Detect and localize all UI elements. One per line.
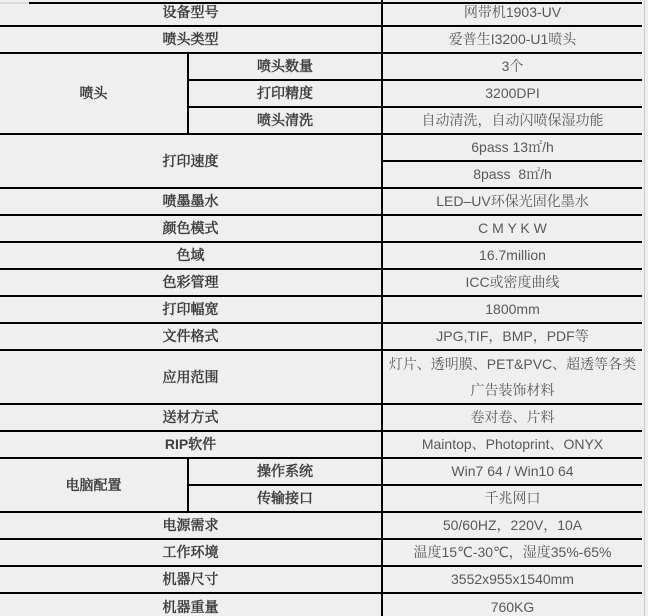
table-row: 文件格式 JPG,TIF，BMP，PDF等 [0,323,642,350]
spec-label: 应用范围 [0,350,382,404]
spec-group-label: 电脑配置 [0,458,188,512]
spec-value: 3552x955x1540mm [382,566,642,593]
spec-value: ICC或密度曲线 [382,269,642,296]
spec-sub-label: 传输接口 [188,485,382,512]
table-row: 喷墨墨水 LED–UV环保光固化墨水 [0,188,642,215]
spec-label: 打印速度 [0,134,382,188]
spec-value: 8pass 8㎡/h [382,161,642,188]
spec-label: 送材方式 [0,404,382,431]
table-row: 电脑配置 操作系统 Win7 64 / Win10 64 [0,458,642,485]
spec-label: 文件格式 [0,323,382,350]
spec-table: 设备型号 网带机1903-UV 喷头类型 爱普生I3200-U1喷头 喷头 喷头… [0,0,642,616]
spec-value: Win7 64 / Win10 64 [382,458,642,485]
table-row: 色域 16.7million [0,242,642,269]
spec-label: 机器尺寸 [0,566,382,593]
table-row: 打印速度 6pass 13㎡/h [0,134,642,161]
spec-group-label: 喷头 [0,53,188,134]
spec-value: 千兆网口 [382,485,642,512]
table-row: 机器重量 760KG [0,593,642,616]
spec-sub-label: 打印精度 [188,80,382,107]
spec-value: JPG,TIF，BMP，PDF等 [382,323,642,350]
table-row: 送材方式 卷对卷、片料 [0,404,642,431]
spec-value: C M Y K W [382,215,642,242]
spec-label: 电源需求 [0,512,382,539]
spec-value: 16.7million [382,242,642,269]
spec-label: 打印幅宽 [0,296,382,323]
spec-value: 灯片、透明膜、PET&PVC、超透等各类广告装饰材料 [382,350,642,404]
spec-value: 6pass 13㎡/h [382,134,642,161]
spec-value: 1800mm [382,296,642,323]
top-border-fragment [0,2,29,4]
spec-value: 3200DPI [382,80,642,107]
printer-spec-sheet: 设备型号 网带机1903-UV 喷头类型 爱普生I3200-U1喷头 喷头 喷头… [0,0,648,616]
spec-label: 工作环境 [0,539,382,566]
spec-value: Maintop、Photoprint、ONYX [382,431,642,458]
table-row: 电源需求 50/60HZ，220V，10A [0,512,642,539]
spec-sub-label: 操作系统 [188,458,382,485]
spec-value: 50/60HZ，220V，10A [382,512,642,539]
spec-value: 自动清洗，自动闪喷保湿功能 [382,107,642,134]
spec-value: 3个 [382,53,642,80]
table-row: 喷头类型 爱普生I3200-U1喷头 [0,26,642,53]
table-row: 机器尺寸 3552x955x1540mm [0,566,642,593]
spec-label: 机器重量 [0,593,382,616]
spec-value: 爱普生I3200-U1喷头 [382,26,642,53]
spec-value: 卷对卷、片料 [382,404,642,431]
spec-sub-label: 喷头数量 [188,53,382,80]
spec-value: 温度15℃-30℃，湿度35%-65% [382,539,642,566]
spec-value: 760KG [382,593,642,616]
spec-value: LED–UV环保光固化墨水 [382,188,642,215]
top-border [29,2,642,4]
spec-sub-label: 喷头清洗 [188,107,382,134]
spec-label: 喷头类型 [0,26,382,53]
spec-label: RIP软件 [0,431,382,458]
table-row: 颜色模式 C M Y K W [0,215,642,242]
table-row: 工作环境 温度15℃-30℃，湿度35%-65% [0,539,642,566]
table-row: 应用范围 灯片、透明膜、PET&PVC、超透等各类广告装饰材料 [0,350,642,404]
right-edge-line [644,0,645,616]
spec-label: 颜色模式 [0,215,382,242]
table-row: 喷头 喷头数量 3个 [0,53,642,80]
table-row: RIP软件 Maintop、Photoprint、ONYX [0,431,642,458]
table-row: 色彩管理 ICC或密度曲线 [0,269,642,296]
spec-label: 喷墨墨水 [0,188,382,215]
spec-label: 色域 [0,242,382,269]
table-row: 打印幅宽 1800mm [0,296,642,323]
spec-label: 色彩管理 [0,269,382,296]
